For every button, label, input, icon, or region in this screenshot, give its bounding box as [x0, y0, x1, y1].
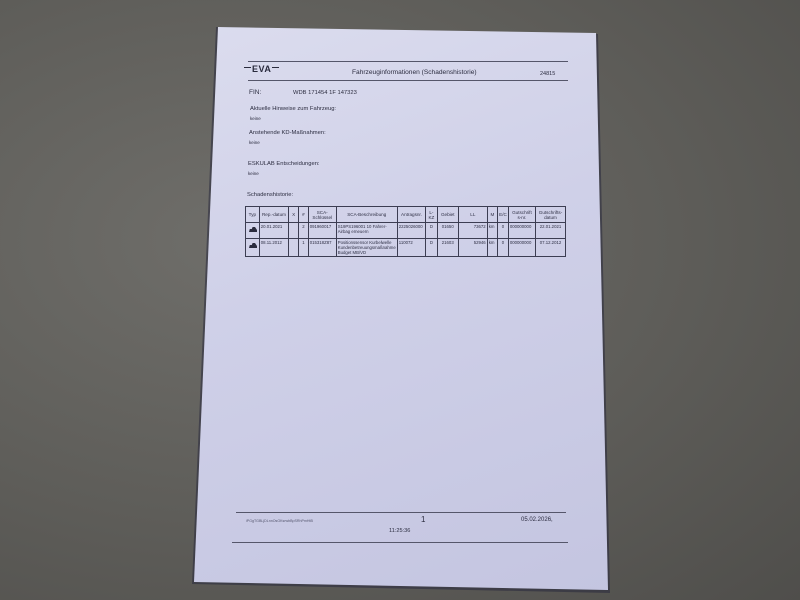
footer-code: iPGgTGBLjDLnnOsGKsrwbBpSRhPmHtB	[246, 519, 313, 523]
x-cell	[289, 239, 299, 257]
section-heading-kd: Anstehende KD-Maßnahmen:	[249, 130, 326, 136]
gebiet-cell: 21603	[437, 239, 458, 257]
gs-nr-cell: 000000000	[508, 239, 535, 257]
col-m: M	[487, 207, 497, 223]
section-heading-eskulab: ESKULAB Entscheidungen:	[248, 161, 320, 167]
history-heading: Schadenshistorie:	[247, 192, 293, 198]
footer-top-rule	[236, 512, 566, 513]
x-cell	[289, 223, 299, 239]
document-title: Fahrzeuginformationen (Schadenshistorie)	[352, 69, 477, 76]
fin-label: FIN:	[249, 89, 261, 96]
fin-value: WDB 171454 1F 147323	[293, 90, 357, 96]
row-type-cell	[246, 223, 260, 239]
section-value-kd: keine	[249, 140, 260, 145]
num-cell: 1	[299, 239, 309, 257]
antrag-cell: 110072	[397, 239, 426, 257]
col-rep-datum: Rep.-datum	[259, 207, 288, 223]
ll-cell: 52946	[458, 239, 487, 257]
col-typ: Typ	[246, 207, 260, 223]
print-date: 05.02.2026,	[521, 517, 553, 523]
col-num: #	[299, 207, 309, 223]
damage-history-table: Typ Rep.-datum X # SCA-Schlüssel SCA-Bes…	[245, 206, 566, 257]
col-lkz: L-KZ	[426, 207, 437, 223]
col-x: X	[289, 207, 299, 223]
sca-key-cell: 091960017	[308, 223, 336, 239]
car-damage-icon	[249, 227, 257, 232]
col-gs-datum: Gutschrifts-datum	[536, 207, 566, 223]
lkz-cell: D	[426, 239, 437, 257]
header-bottom-rule	[248, 80, 568, 81]
sca-desc-cell: S19PS196001 10 Fahrer-Airbag erneuern	[336, 223, 397, 239]
col-ll: LL	[458, 207, 487, 223]
m-cell: km	[487, 239, 497, 257]
m-cell: km	[487, 223, 497, 239]
eva-logo: EVA	[252, 64, 271, 74]
row-type-cell	[246, 239, 260, 257]
page-number: 1	[421, 515, 425, 524]
car-damage-icon	[249, 243, 257, 248]
document-number: 24815	[540, 71, 555, 77]
section-value-hinweise: keine	[250, 116, 261, 121]
document-content: EVA Fahrzeuginformationen (Schadenshisto…	[0, 0, 800, 600]
header-top-rule	[248, 61, 568, 62]
gs-datum-cell: 07.12.2012	[536, 239, 566, 257]
num-cell: 2	[299, 223, 309, 239]
ec-cell: 0	[498, 239, 509, 257]
section-value-eskulab: keine	[248, 171, 259, 176]
sca-desc-cell: Positionssensor Kurbelwelle Kundenbetreu…	[336, 239, 397, 257]
col-antrag: Antragsnr.	[397, 207, 426, 223]
sca-key-cell: 015318Z87	[308, 239, 336, 257]
gebiet-cell: 01650	[437, 223, 458, 239]
antrag-cell: 2225026000	[397, 223, 426, 239]
col-gebiet: Gebiet	[437, 207, 458, 223]
col-sca-desc: SCA-Beschreibung	[336, 207, 397, 223]
gs-nr-cell: 000000000	[508, 223, 535, 239]
col-gs-nr: Gutschrift s-nr.	[508, 207, 535, 223]
print-time: 11:25:36	[389, 528, 410, 534]
lkz-cell: D	[426, 223, 437, 239]
table-row: 08.11.2012 1 015318Z87 Positionssensor K…	[246, 239, 566, 257]
table-row: 20.01.2021 2 091960017 S19PS196001 10 Fa…	[246, 223, 566, 239]
table-header-row: Typ Rep.-datum X # SCA-Schlüssel SCA-Bes…	[246, 207, 566, 223]
ec-cell: 0	[498, 223, 509, 239]
gs-datum-cell: 22.01.2021	[536, 223, 566, 239]
col-sca-key: SCA-Schlüssel	[308, 207, 336, 223]
rep-datum-cell: 20.01.2021	[259, 223, 288, 239]
ll-cell: 73672	[458, 223, 487, 239]
rep-datum-cell: 08.11.2012	[259, 239, 288, 257]
section-heading-hinweise: Aktuelle Hinweise zum Fahrzeug:	[250, 106, 336, 112]
col-ec: E/C	[498, 207, 509, 223]
footer-bottom-rule	[232, 542, 568, 543]
